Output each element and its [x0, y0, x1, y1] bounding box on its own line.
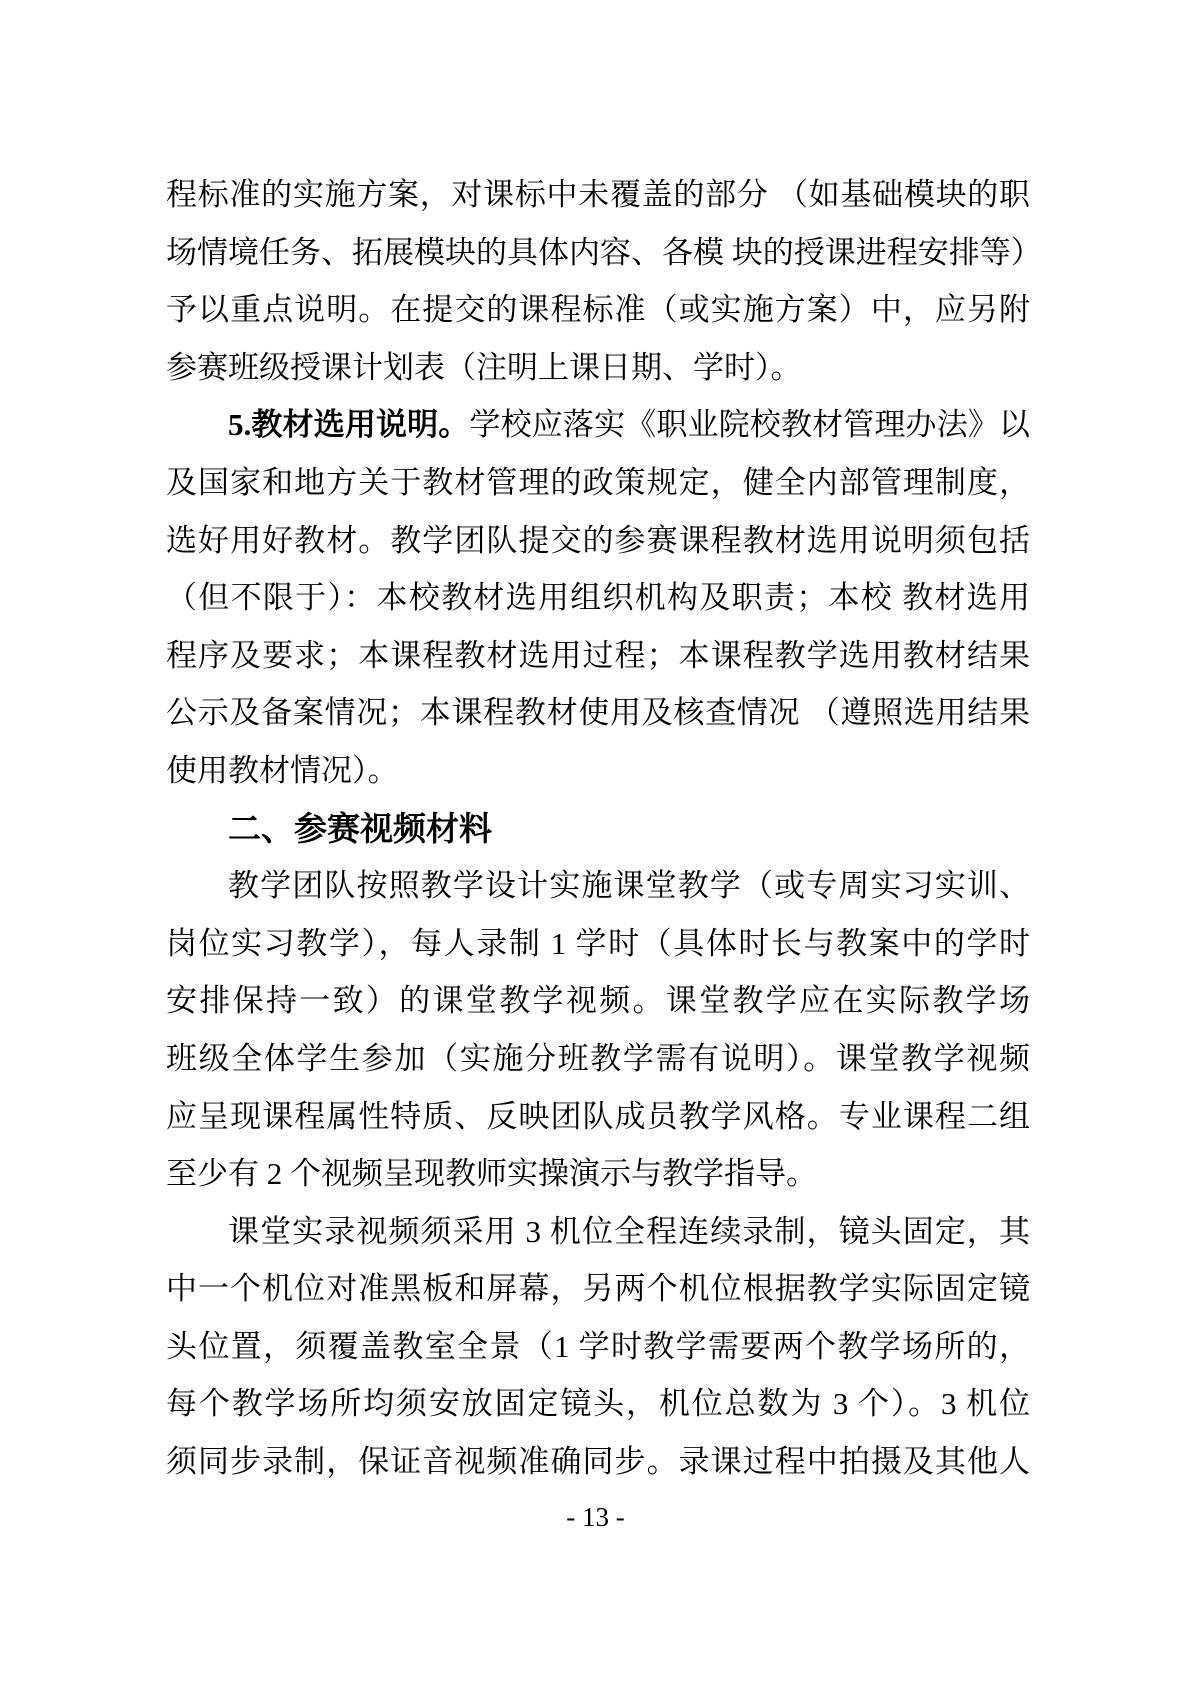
paragraph-lead-rest: 学校应落实《职业院校教材管理办法》以: [469, 407, 1030, 442]
section-heading: 二、参赛视频材料: [166, 800, 1030, 858]
text-line: 参赛班级授课计划表（注明上课日期、学时）。: [166, 339, 1030, 397]
text-line: 每个教学场所均须安放固定镜头，机位总数为 3 个）。3 机位: [166, 1375, 1030, 1433]
text-line: 安排保持一致）的课堂教学视频。课堂教学应在实际教学场所，: [166, 972, 1030, 1030]
document-text-block: 程标准的实施方案，对课标中未覆盖的部分 （如基础模块的职 场情境任务、拓展模块的…: [166, 166, 1030, 1491]
text-line: 课堂实录视频须采用 3 机位全程连续录制，镜头固定，其: [166, 1203, 1030, 1261]
text-line: 头位置，须覆盖教室全景（1 学时教学需要两个教学场所的，: [166, 1318, 1030, 1376]
text-line: 及国家和地方关于教材管理的政策规定，健全内部管理制度，: [166, 454, 1030, 512]
text-line: 应呈现课程属性特质、反映团队成员教学风格。专业课程二组: [166, 1088, 1030, 1146]
text-line: （但不限于）：本校教材选用组织机构及职责；本校 教材选用: [166, 569, 1030, 627]
text-line: 中一个机位对准黑板和屏幕，另两个机位根据教学实际固定镜: [166, 1260, 1030, 1318]
text-line: 教学团队按照教学设计实施课堂教学（或专周实习实训、: [166, 857, 1030, 915]
text-line: 公示及备案情况；本课程教材使用及核查情况 （遵照选用结果: [166, 684, 1030, 742]
text-line: 使用教材情况）。: [166, 742, 1030, 800]
paragraph-lead-bold: 5.教材选用说明。: [228, 407, 469, 442]
page-number: - 13 -: [0, 1494, 1191, 1540]
text-line: 至少有 2 个视频呈现教师实操演示与教学指导。: [166, 1145, 1030, 1203]
text-line: 须同步录制，保证音视频准确同步。录课过程中拍摄及其他人: [166, 1433, 1030, 1491]
text-line: 岗位实习教学），每人录制 1 学时（具体时长与教案中的学时: [166, 915, 1030, 973]
document-page: 程标准的实施方案，对课标中未覆盖的部分 （如基础模块的职 场情境任务、拓展模块的…: [0, 0, 1191, 1684]
text-line: 程标准的实施方案，对课标中未覆盖的部分 （如基础模块的职: [166, 166, 1030, 224]
text-line: 程序及要求；本课程教材选用过程；本课程教学选用教材结果: [166, 627, 1030, 685]
text-line: 5.教材选用说明。学校应落实《职业院校教材管理办法》以: [166, 396, 1030, 454]
text-line: 予以重点说明。在提交的课程标准（或实施方案）中，应另附: [166, 281, 1030, 339]
text-line: 场情境任务、拓展模块的具体内容、各模 块的授课进程安排等）: [166, 224, 1030, 282]
text-line: 选好用好教材。教学团队提交的参赛课程教材选用说明须包括: [166, 512, 1030, 570]
text-line: 班级全体学生参加（实施分班教学需有说明）。课堂教学视频: [166, 1030, 1030, 1088]
